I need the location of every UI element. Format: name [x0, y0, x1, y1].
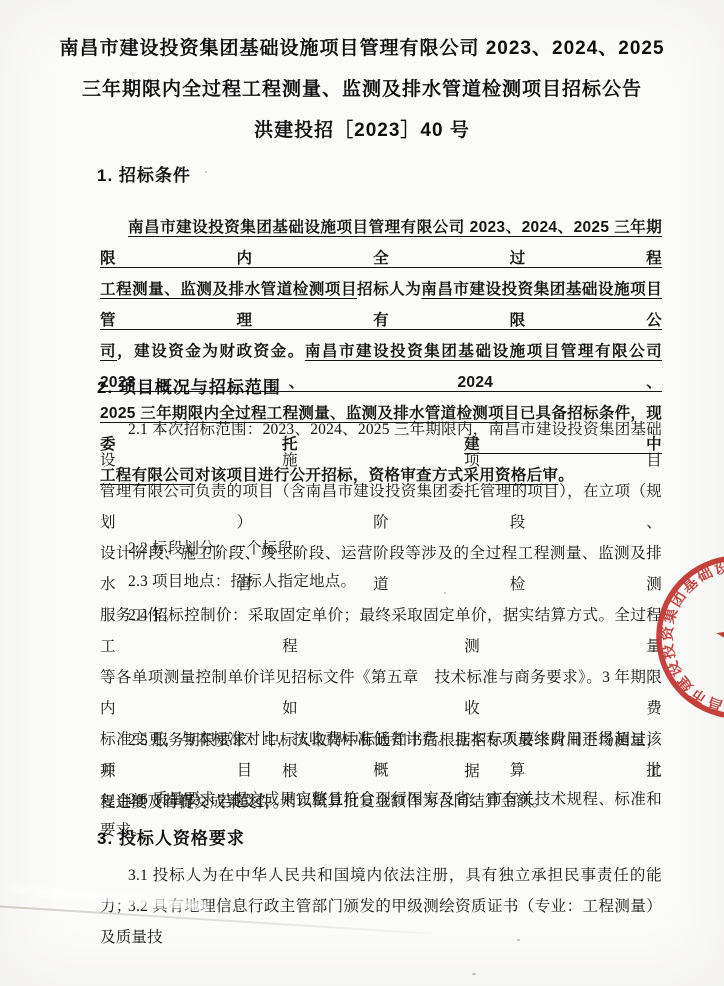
- text-run: 管理有限公司负责的项目（含南昌市建设投资集团委托管理的项目），在立项（规划）阶段…: [100, 483, 662, 531]
- scan-speck: [472, 973, 476, 975]
- paragraph-2-1-scope: 2.1 本次招标范围：2023、2024、2025 三年期限内，南昌市建设投资集…: [100, 414, 662, 631]
- text-run: 2.5 服务期限要求：中标人取得中标通知书后根据招标人要求时间进场测量，并根据工: [100, 732, 662, 780]
- section-heading-1: 1. 招标条件: [97, 163, 657, 188]
- scan-speck: [444, 592, 446, 594]
- text-line: 2.1 本次招标范围：2023、2024、2025 三年期限内，南昌市建设投资集…: [100, 414, 662, 476]
- document-title: 南昌市建设投资集团基础设施项目管理有限公司 2023、2024、2025 三年期…: [0, 28, 724, 151]
- text-line: 等各单项测量控制单价详见招标文件《第五章 技术标准与商务要求》。3 年期限内如收…: [100, 662, 662, 724]
- text-run: 2.4 招标控制价：采取固定单价；最终采取固定单价，据实结算方式。全过程工程测量: [100, 607, 662, 655]
- underlined-text-run: 工程测量、监测及排水管道检测项目: [100, 281, 357, 298]
- section-heading-2: 2. 项目概况与招标范围: [97, 375, 657, 400]
- paragraph-2-2-lots: 2.2 标段划分：一个标段。: [100, 533, 662, 564]
- text-run: 2.1 本次招标范围：2023、2024、2025 三年期限内，南昌市建设投资集…: [100, 421, 662, 469]
- text-line: 2.3 项目地点：招标人指定地点。: [100, 566, 662, 597]
- paragraph-2-3-location: 2.3 项目地点：招标人指定地点。: [100, 566, 662, 597]
- text-line: 2.4 招标控制价：采取固定单价；最终采取固定单价，据实结算方式。全过程工程测量: [100, 600, 662, 662]
- document-number: 洪建投招［2023］40 号: [0, 110, 724, 151]
- text-line: 管理有限公司负责的项目（含南昌市建设投资集团委托管理的项目），在立项（规划）阶段…: [100, 476, 662, 538]
- title-line-1: 南昌市建设投资集团基础设施项目管理有限公司 2023、2024、2025: [0, 28, 724, 69]
- text-run: 等各单项测量控制单价详见招标文件《第五章 技术标准与商务要求》。3 年期限内如收…: [100, 669, 662, 717]
- text-run: 2.2 标段划分：一个标段。: [128, 540, 309, 557]
- section-heading-3: 3. 投标人资格要求: [97, 826, 657, 851]
- underlined-text-run: 司: [100, 343, 117, 360]
- scan-speck: [205, 171, 207, 173]
- text-line: 2.5 服务期限要求：中标人取得中标通知书后根据招标人要求时间进场测量，并根据工: [100, 725, 662, 787]
- text-line: 工程测量、监测及排水管道检测项目招标人为南昌市建设投资集团基础设施项目管理有限公: [100, 274, 662, 336]
- text-run: 2.3 项目地点：招标人指定地点。: [128, 573, 356, 590]
- seal-star-icon: [714, 612, 724, 657]
- text-line: 2.2 标段划分：一个标段。: [100, 533, 662, 564]
- scan-speck: [517, 939, 520, 941]
- title-line-2: 三年期限内全过程工程测量、监测及排水管道检测项目招标公告: [0, 69, 724, 110]
- underlined-text-run: 南昌市建设投资集团基础设施项目管理有限公司 2023、2024、2025 三年期…: [100, 219, 662, 267]
- text-run: ，建设资金为财政资金。: [117, 343, 305, 360]
- text-line: 南昌市建设投资集团基础设施项目管理有限公司 2023、2024、2025 三年期…: [100, 212, 662, 274]
- scanned-document-page: 南昌市建设投资集团基础设施项目管理有限公司 2023、2024、2025 三年期…: [0, 0, 724, 986]
- text-run: 招标人为: [357, 281, 421, 298]
